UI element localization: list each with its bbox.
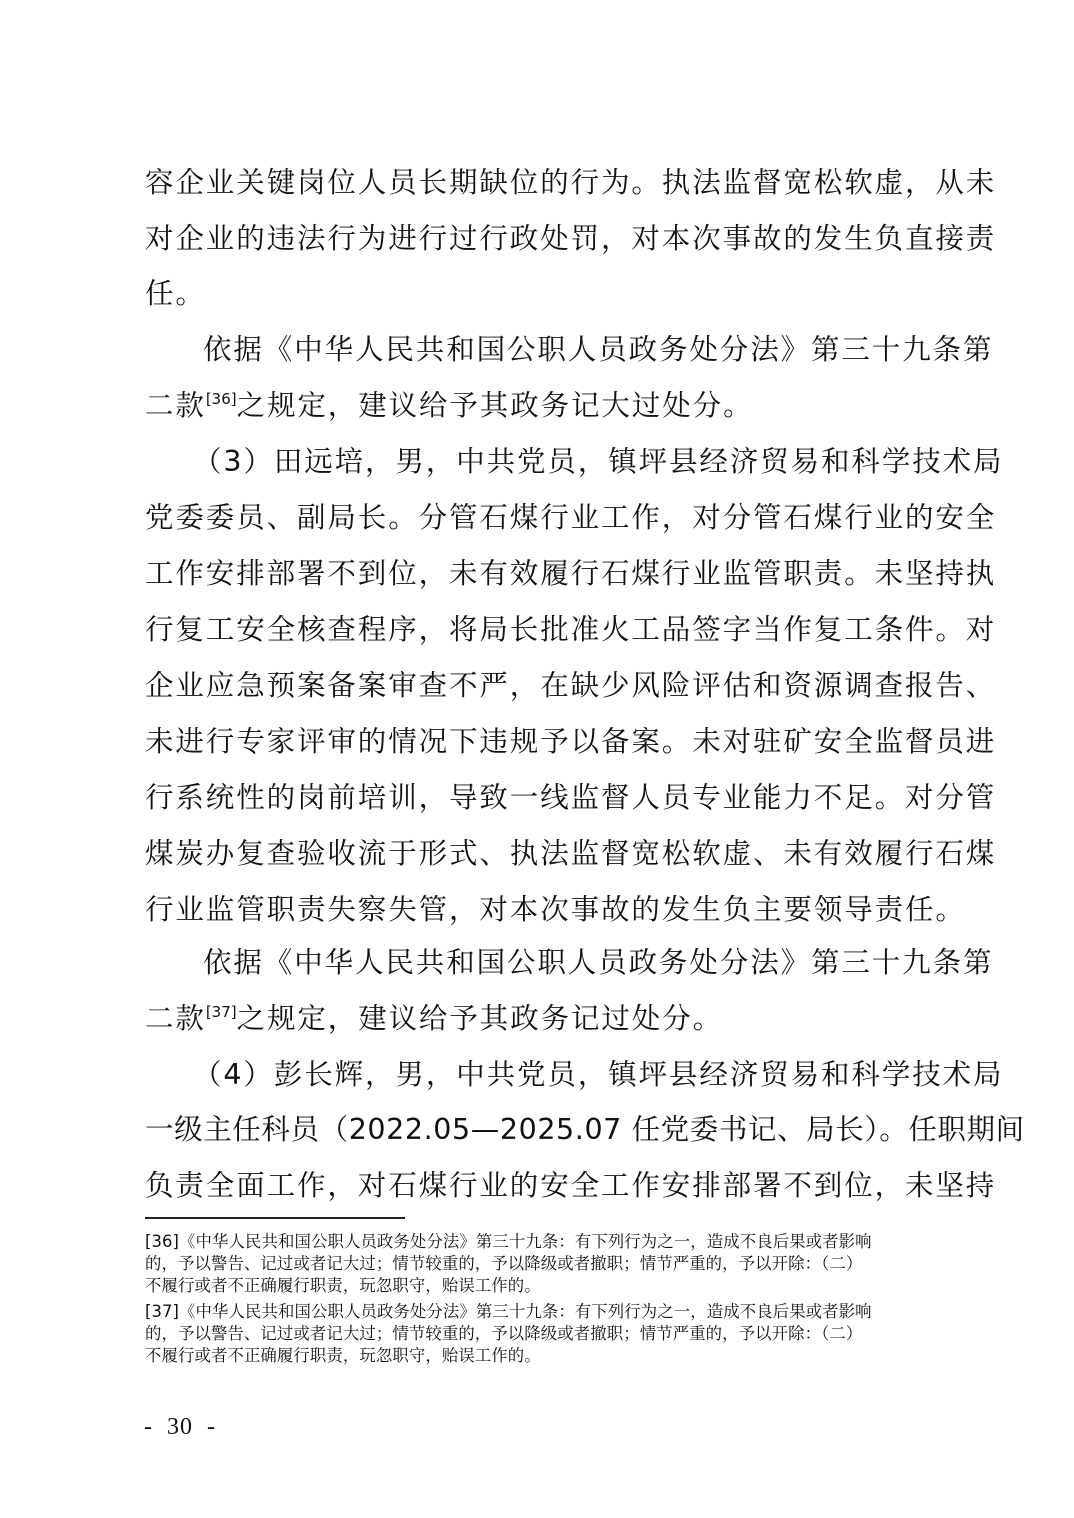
footnote-line: [36]《中华人民共和国公职人员政务处分法》第三十九条：有下列行为之一，造成不良… [145, 1231, 872, 1253]
body-line: 党委委员、副局长。分管石煤行业工作，对分管石煤行业的安全 [145, 498, 996, 538]
footnote-separator [145, 1217, 405, 1219]
body-line: 任。 [145, 274, 206, 314]
body-line: 行业监管职责失察失管，对本次事故的发生负主要领导责任。 [145, 890, 966, 930]
body-line: 二款[36]之规定，建议给予其政务记大过处分。 [145, 386, 753, 430]
footnote-line: [37]《中华人民共和国公职人员政务处分法》第三十九条：有下列行为之一，造成不良… [145, 1301, 872, 1323]
body-text: 二款 [145, 1002, 206, 1035]
footnote-line: 不履行或者不正确履行职责，玩忽职守，贻误工作的。 [145, 1345, 541, 1367]
body-line: 行复工安全核查程序，将局长批准火工品签字当作复工条件。对 [145, 610, 996, 650]
footnote-line: 的，予以警告、记过或者记大过；情节较重的，予以降级或者撤职；情节严重的，予以开除… [145, 1253, 862, 1275]
body-line: 企业应急预案备案审查不严，在缺少风险评估和资源调查报告、 [145, 666, 996, 706]
body-line: 二款[37]之规定，建议给予其政务记过处分。 [145, 999, 723, 1043]
body-line: 负责全面工作，对石煤行业的安全工作安排部署不到位，未坚持 [145, 1166, 996, 1206]
body-line: 工作安排部署不到位，未有效履行石煤行业监管职责。未坚持执 [145, 554, 996, 594]
section-heading-4: （4）彭长辉，男，中共党员，镇坪县经济贸易和科学技术局 [193, 1055, 1003, 1095]
body-text: 之规定，建议给予其政务记大过处分。 [237, 389, 754, 422]
footnote-line: 的，予以警告、记过或者记大过；情节较重的，予以降级或者撤职；情节严重的，予以开除… [145, 1323, 862, 1345]
section-heading-3: （3）田远培，男，中共党员，镇坪县经济贸易和科学技术局 [193, 442, 1003, 482]
body-line: 容企业关键岗位人员长期缺位的行为。执法监督宽松软虚，从未 [145, 163, 996, 203]
footnote-ref-37[interactable]: [37] [206, 1003, 237, 1021]
footnote-line: 不履行或者不正确履行职责，玩忽职守，贻误工作的。 [145, 1275, 541, 1297]
body-line: 依据《中华人民共和国公职人员政务处分法》第三十九条第 [203, 943, 993, 983]
body-text: 二款 [145, 389, 206, 422]
footnote-ref-36[interactable]: [36] [206, 390, 237, 408]
page-number: - 30 - [144, 1414, 216, 1441]
body-line: 煤炭办复查验收流于形式、执法监督宽松软虚、未有效履行石煤 [145, 834, 996, 874]
body-line: 未进行专家评审的情况下违规予以备案。未对驻矿安全监督员进 [145, 722, 996, 762]
body-line: 依据《中华人民共和国公职人员政务处分法》第三十九条第 [203, 330, 993, 370]
body-line: 行系统性的岗前培训，导致一线监督人员专业能力不足。对分管 [145, 778, 996, 818]
body-line: 一级主任科员（2022.05—2025.07 任党委书记、局长）。任职期间 [145, 1110, 1025, 1150]
body-line: 对企业的违法行为进行过行政处罚，对本次事故的发生负直接责 [145, 219, 996, 259]
body-text: 之规定，建议给予其政务记过处分。 [237, 1002, 723, 1035]
